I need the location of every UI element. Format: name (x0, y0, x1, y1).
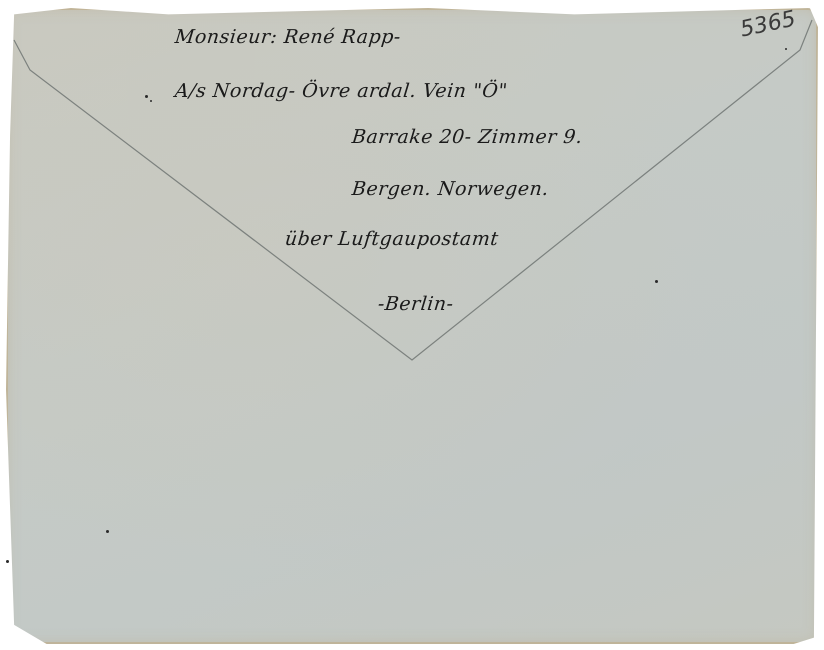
address-line-barrack: Barrake 20- Zimmer 9. (351, 126, 584, 148)
address-line-recipient: Monsieur: René Rapp- (174, 26, 402, 48)
paper-speck (6, 560, 9, 563)
paper-speck (145, 95, 148, 98)
address-line-berlin: -Berlin- (377, 293, 455, 315)
address-line-routing: über Luftgaupostamt (284, 228, 500, 250)
paper-speck (150, 100, 152, 102)
paper-speck (106, 530, 109, 533)
paper-speck (655, 280, 658, 283)
paper-speck (785, 48, 787, 50)
address-line-company: A/s Nordag- Övre ardal. Vein "Ö" (174, 80, 509, 102)
address-line-city: Bergen. Norwegen. (351, 178, 550, 200)
